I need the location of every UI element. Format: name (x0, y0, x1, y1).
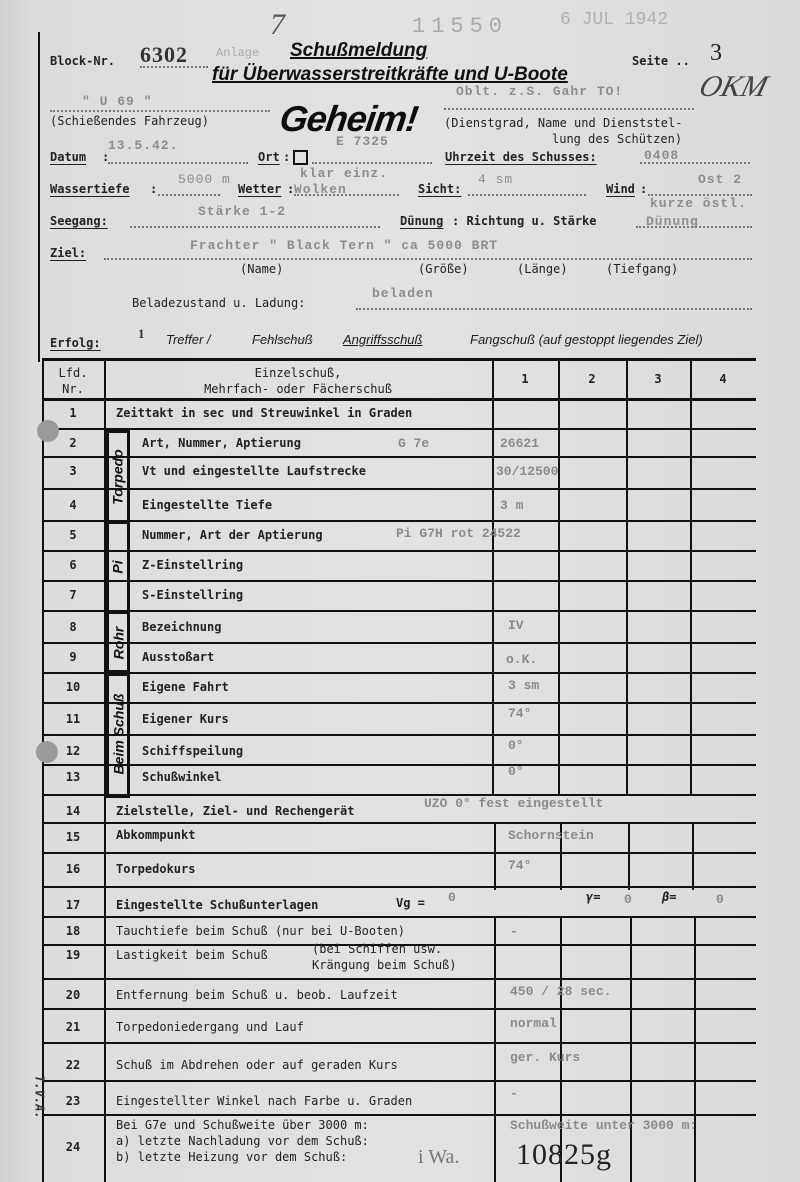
row-16-value[interactable]: 74° (508, 858, 531, 873)
uhrzeit-value[interactable]: 0408 (644, 148, 679, 163)
wetter-label: Wetter (238, 182, 281, 196)
row-6-nr: 6 (42, 558, 104, 572)
row-24-handwritten: i Wa. (418, 1146, 459, 1169)
row-7-nr: 7 (42, 588, 104, 602)
erfolg-count: 1 (138, 326, 145, 342)
seegang-value[interactable]: Stärke 1-2 (198, 204, 286, 219)
ziel-tiefgang-caption: (Tiefgang) (606, 262, 678, 276)
row-16-nr: 16 (42, 862, 104, 876)
row-13-nr: 13 (42, 770, 104, 784)
row-17-nr: 17 (42, 898, 104, 912)
row-21-label: Torpedoniedergang und Lauf (116, 1020, 304, 1034)
group-beim-schuss: Beim Schuß (106, 670, 130, 798)
form-subtitle: für Überwasserstreitkräfte und U-Boote (212, 64, 568, 86)
erfolg-treffer[interactable]: Treffer / (166, 332, 211, 347)
seite-value: 3 (710, 40, 722, 67)
datum-label: Datum (50, 150, 86, 164)
punch-hole (37, 420, 59, 442)
group-torpedo: Torpedo (106, 430, 130, 524)
row-23-value[interactable]: - (510, 1086, 518, 1101)
row-24-value[interactable]: Schußweite unter 3000 m: (510, 1118, 697, 1133)
sicht-label: Sicht: (418, 182, 461, 196)
row-2-prefix: G 7e (398, 436, 429, 451)
stamp-number: 11550 (412, 14, 508, 39)
row-20-nr: 20 (42, 988, 104, 1002)
ziel-value[interactable]: Frachter " Black Tern " ca 5000 BRT (190, 238, 498, 253)
row-11-label: Eigener Kurs (142, 712, 229, 726)
form-title: Schußmeldung (290, 40, 427, 62)
row-1-nr: 1 (42, 406, 104, 420)
row-1-label: Zeittakt in sec und Streuwinkel in Grade… (116, 406, 412, 420)
row-2-value[interactable]: 26621 (500, 436, 539, 451)
seegang-label: Seegang: (50, 214, 108, 228)
ort-value[interactable]: E 7325 (336, 134, 389, 149)
punch-hole (36, 741, 58, 763)
row-15-nr: 15 (42, 830, 104, 844)
row-23-label: Eingestellter Winkel nach Farbe u. Grade… (116, 1094, 412, 1108)
row-15-label: Abkommpunkt (116, 828, 195, 842)
anlage-label: Anlage (216, 46, 259, 60)
group-rohr: Rohr (106, 610, 130, 676)
margin-note: T.V.A. (33, 1075, 47, 1118)
shooter-label-1: (Dienstgrad, Name und Dienststel- (444, 116, 682, 130)
row-22-nr: 22 (42, 1058, 104, 1072)
vessel-value: " U 69 " (82, 94, 152, 109)
row-24-nr: 24 (42, 1140, 104, 1154)
datum-value[interactable]: 13.5.42. (108, 138, 178, 153)
wind-value[interactable]: Ost 2 (698, 172, 742, 187)
row-24-label-3: b) letzte Heizung vor dem Schuß: (116, 1150, 347, 1164)
row-12-label: Schiffspeilung (142, 744, 243, 758)
row-17-vg-value[interactable]: 0 (448, 890, 456, 905)
row-24-label-1: Bei G7e und Schußweite über 3000 m: (116, 1118, 369, 1132)
beladezustand-value[interactable]: beladen (372, 286, 434, 301)
ort-label: Ort (258, 150, 280, 164)
signature: OKM (695, 70, 771, 104)
row-17-beta-label: β= (662, 890, 676, 904)
block-label: Block-Nr. (50, 54, 115, 68)
row-15-value[interactable]: Schornstein (508, 828, 594, 843)
duenung-label: Dünung (400, 214, 443, 228)
row-8-nr: 8 (42, 620, 104, 634)
row-10-nr: 10 (42, 680, 104, 694)
row-10-value[interactable]: 3 sm (508, 678, 539, 693)
row-5-value[interactable]: Pi G7H rot 24522 (396, 526, 521, 541)
erfolg-angriffsschuss[interactable]: Angriffsschuß (343, 332, 422, 347)
row-11-nr: 11 (42, 712, 104, 726)
row-3-label: Vt und eingestellte Laufstrecke (142, 464, 366, 478)
row-8-label: Bezeichnung (142, 620, 221, 634)
row-5-label: Nummer, Art der Aptierung (142, 528, 323, 542)
row-18-label: Tauchtiefe beim Schuß (nur bei U-Booten) (116, 924, 405, 938)
col-desc-1: Einzelschuß, (104, 366, 492, 380)
erfolg-label: Erfolg: (50, 336, 101, 350)
stamp-date: 6 JUL 1942 (560, 10, 668, 30)
row-19-note-1: (bei Schiffen usw. (312, 942, 442, 956)
row-13-value[interactable]: 0° (508, 764, 524, 779)
margin-rule (38, 32, 40, 362)
col-nr: Nr. (42, 382, 104, 396)
ziel-groesse-caption: (Größe) (418, 262, 469, 276)
document-page: Block-Nr. 6302 Anlage 7 11550 6 JUL 1942… (0, 0, 800, 1182)
ziel-laenge-caption: (Länge) (517, 262, 568, 276)
wetter-value-1[interactable]: klar einz. (300, 166, 388, 181)
row-12-value[interactable]: 0° (508, 738, 524, 753)
row-17-label: Eingestellte Schußunterlagen (116, 898, 318, 912)
erfolg-fangschuss[interactable]: Fangschuß (auf gestoppt liegendes Ziel) (470, 332, 703, 347)
row-3-value[interactable]: 30/12500 (496, 464, 558, 479)
erfolg-fehlschuss[interactable]: Fehlschuß (252, 332, 313, 347)
shooter-value: Oblt. z.S. Gahr TO! (456, 84, 623, 99)
col-4: 4 (690, 372, 756, 386)
row-9-nr: 9 (42, 650, 104, 664)
duenung-value-1[interactable]: kurze östl. (650, 196, 747, 211)
row-8-value[interactable]: IV (508, 618, 524, 633)
row-20-value[interactable]: 450 / 28 sec. (510, 984, 611, 999)
row-21-value[interactable]: normal (510, 1016, 557, 1031)
ziel-name-caption: (Name) (240, 262, 283, 276)
group-pi: Pi (106, 520, 130, 614)
row-17-beta-value[interactable]: 0 (716, 892, 724, 907)
row-19-label: Lastigkeit beim Schuß (116, 948, 268, 962)
row-17-gamma-value[interactable]: 0 (624, 892, 632, 907)
row-18-value[interactable]: - (510, 924, 518, 939)
row-22-value[interactable]: ger. Kurs (510, 1050, 580, 1065)
row-21-nr: 21 (42, 1020, 104, 1034)
row-10-label: Eigene Fahrt (142, 680, 229, 694)
seite-label: Seite .. (632, 54, 690, 68)
duenung-text: : Richtung u. Stärke (452, 214, 597, 228)
col-2: 2 (558, 372, 626, 386)
uhrzeit-label: Uhrzeit des Schusses: (445, 150, 597, 164)
col-1: 1 (492, 372, 558, 386)
row-7-label: S-Einstellring (142, 588, 243, 602)
block-value: 6302 (140, 42, 188, 68)
vessel-label: (Schießendes Fahrzeug) (50, 114, 209, 128)
row-14-nr: 14 (42, 804, 104, 818)
row-20-label: Entfernung beim Schuß u. beob. Laufzeit (116, 988, 398, 1002)
sicht-value[interactable]: 4 sm (478, 172, 513, 187)
shooter-label-2: lung des Schützen) (552, 132, 682, 146)
row-17-vg-label: Vg = (396, 896, 425, 910)
row-2-label: Art, Nummer, Aptierung (142, 436, 301, 450)
row-22-label: Schuß im Abdrehen oder auf geraden Kurs (116, 1058, 398, 1072)
row-14-value[interactable]: UZO 0° fest eingestellt (424, 796, 603, 811)
row-14-label: Zielstelle, Ziel- und Rechengerät (116, 804, 354, 818)
row-11-value[interactable]: 74° (508, 706, 531, 721)
row-3-nr: 3 (42, 464, 104, 478)
beladezustand-label: Beladezustand u. Ladung: (132, 296, 305, 310)
row-4-value[interactable]: 3 m (500, 498, 523, 513)
row-19-note-2: Krängung beim Schuß) (312, 958, 457, 972)
row-4-nr: 4 (42, 498, 104, 512)
ort-checkbox[interactable] (293, 150, 308, 165)
col-3: 3 (626, 372, 690, 386)
wassertiefe-value[interactable]: 5000 m (178, 172, 231, 187)
row-9-label: Ausstoßart (142, 650, 214, 664)
anlage-value: 7 (270, 8, 285, 42)
row-5-nr: 5 (42, 528, 104, 542)
wassertiefe-label: Wassertiefe (50, 182, 129, 196)
row-18-nr: 18 (42, 924, 104, 938)
col-desc-2: Mehrfach- oder Fächerschuß (104, 382, 492, 396)
row-13-label: Schußwinkel (142, 770, 221, 784)
wind-label: Wind (606, 182, 635, 196)
row-4-label: Eingestellte Tiefe (142, 498, 272, 512)
row-19-nr: 19 (42, 948, 104, 962)
row-17-gamma-label: γ= (586, 890, 600, 904)
row-16-label: Torpedokurs (116, 862, 195, 876)
row-9-value[interactable]: o.K. (506, 652, 537, 667)
col-lfd: Lfd. (42, 366, 104, 380)
row-24-stamp: 10825g (516, 1138, 612, 1172)
row-23-nr: 23 (42, 1094, 104, 1108)
row-6-label: Z-Einstellring (142, 558, 243, 572)
row-24-label-2: a) letzte Nachladung vor dem Schuß: (116, 1134, 369, 1148)
ziel-label: Ziel: (50, 246, 86, 260)
